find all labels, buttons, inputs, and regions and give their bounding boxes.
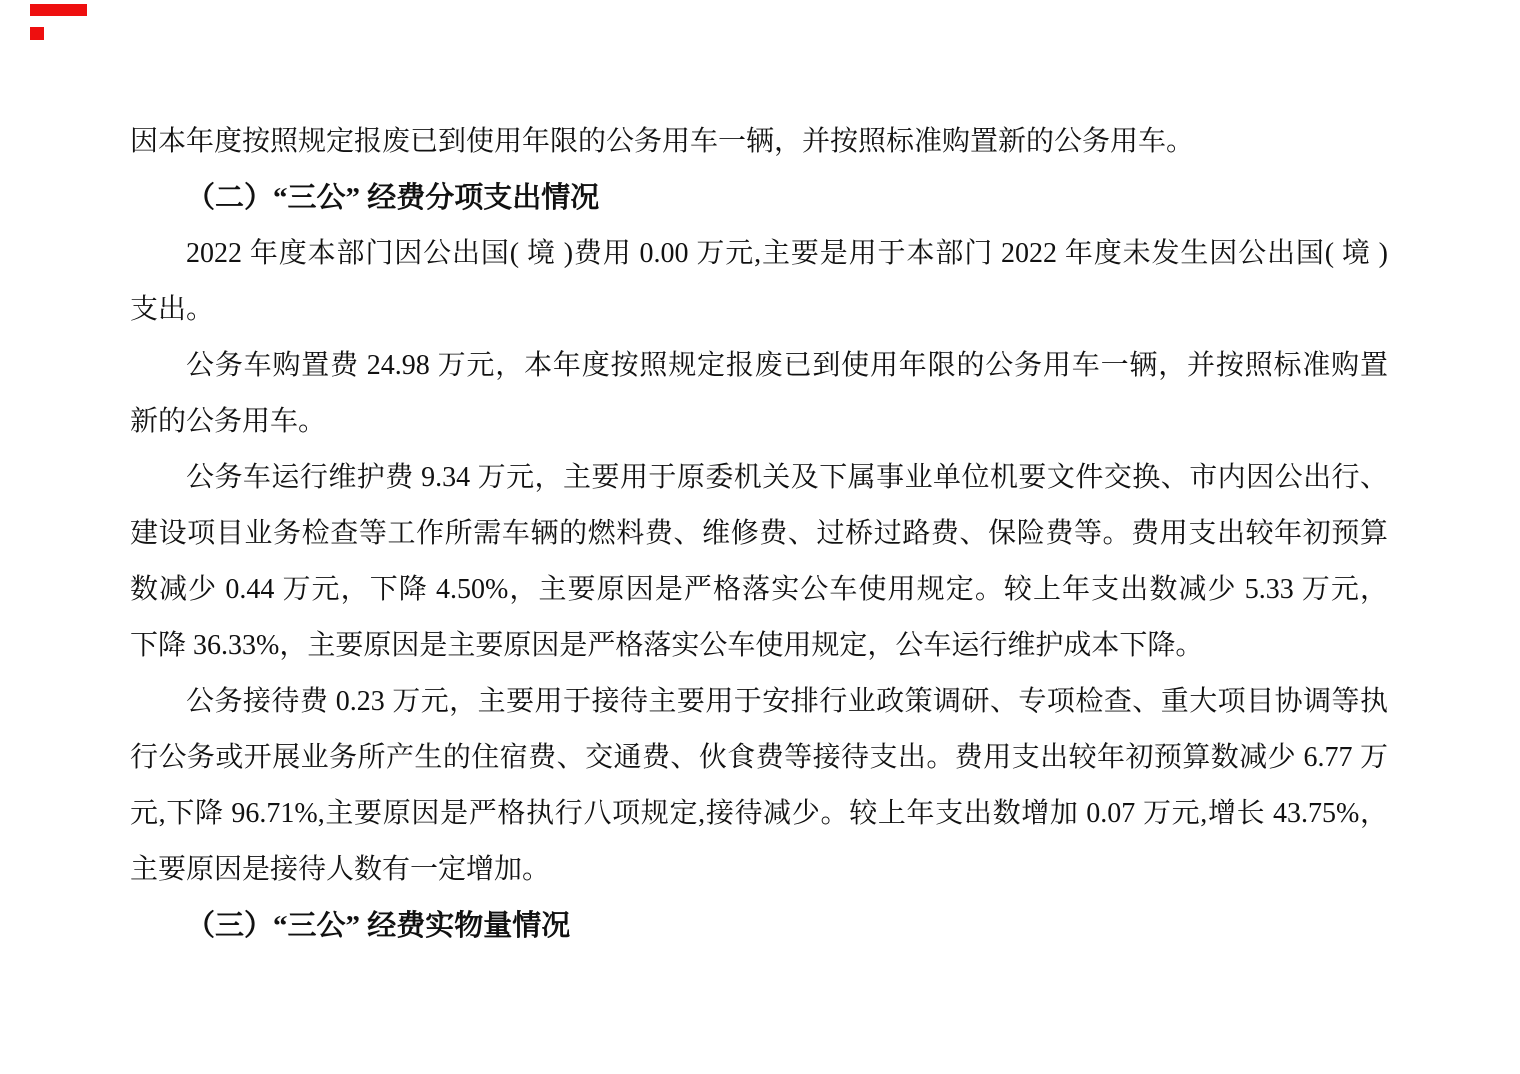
body-line: 元,下降 96.71%,主要原因是严格执行八项规定,接待减少。较上年支出数增加 … [130,786,1388,842]
red-redaction-mark-top [30,4,87,16]
body-line: 新的公务用车。 [130,394,1388,450]
paragraph-line-continuation: 因本年度按照规定报废已到使用年限的公务用车一辆，并按照标准购置新的公务用车。 [130,114,1388,170]
body-line: 公务接待费 0.23 万元，主要用于接待主要用于安排行业政策调研、专项检查、重大… [130,674,1388,730]
body-line: 行公务或开展业务所产生的住宿费、交通费、伙食费等接待支出。费用支出较年初预算数减… [130,730,1388,786]
body-line: 公务车购置费 24.98 万元，本年度按照规定报废已到使用年限的公务用车一辆，并… [130,338,1388,394]
body-line: 下降 36.33%，主要原因是主要原因是严格落实公车使用规定，公车运行维护成本下… [130,618,1388,674]
document-body: 因本年度按照规定报废已到使用年限的公务用车一辆，并按照标准购置新的公务用车。 （… [130,114,1388,954]
body-line: 支出。 [130,282,1388,338]
body-line: 数减少 0.44 万元，下降 4.50%，主要原因是严格落实公车使用规定。较上年… [130,562,1388,618]
body-line: 2022 年度本部门因公出国( 境 )费用 0.00 万元,主要是用于本部门 2… [130,226,1388,282]
section-heading-2: （二）“三公” 经费分项支出情况 [130,170,1388,226]
section-heading-3: （三）“三公” 经费实物量情况 [130,898,1388,954]
body-line: 主要原因是接待人数有一定增加。 [130,842,1388,898]
red-redaction-mark-bottom [30,27,44,40]
body-line: 公务车运行维护费 9.34 万元，主要用于原委机关及下属事业单位机要文件交换、市… [130,450,1388,506]
document-page: 因本年度按照规定报废已到使用年限的公务用车一辆，并按照标准购置新的公务用车。 （… [0,0,1520,1074]
body-line: 建设项目业务检查等工作所需车辆的燃料费、维修费、过桥过路费、保险费等。费用支出较… [130,506,1388,562]
